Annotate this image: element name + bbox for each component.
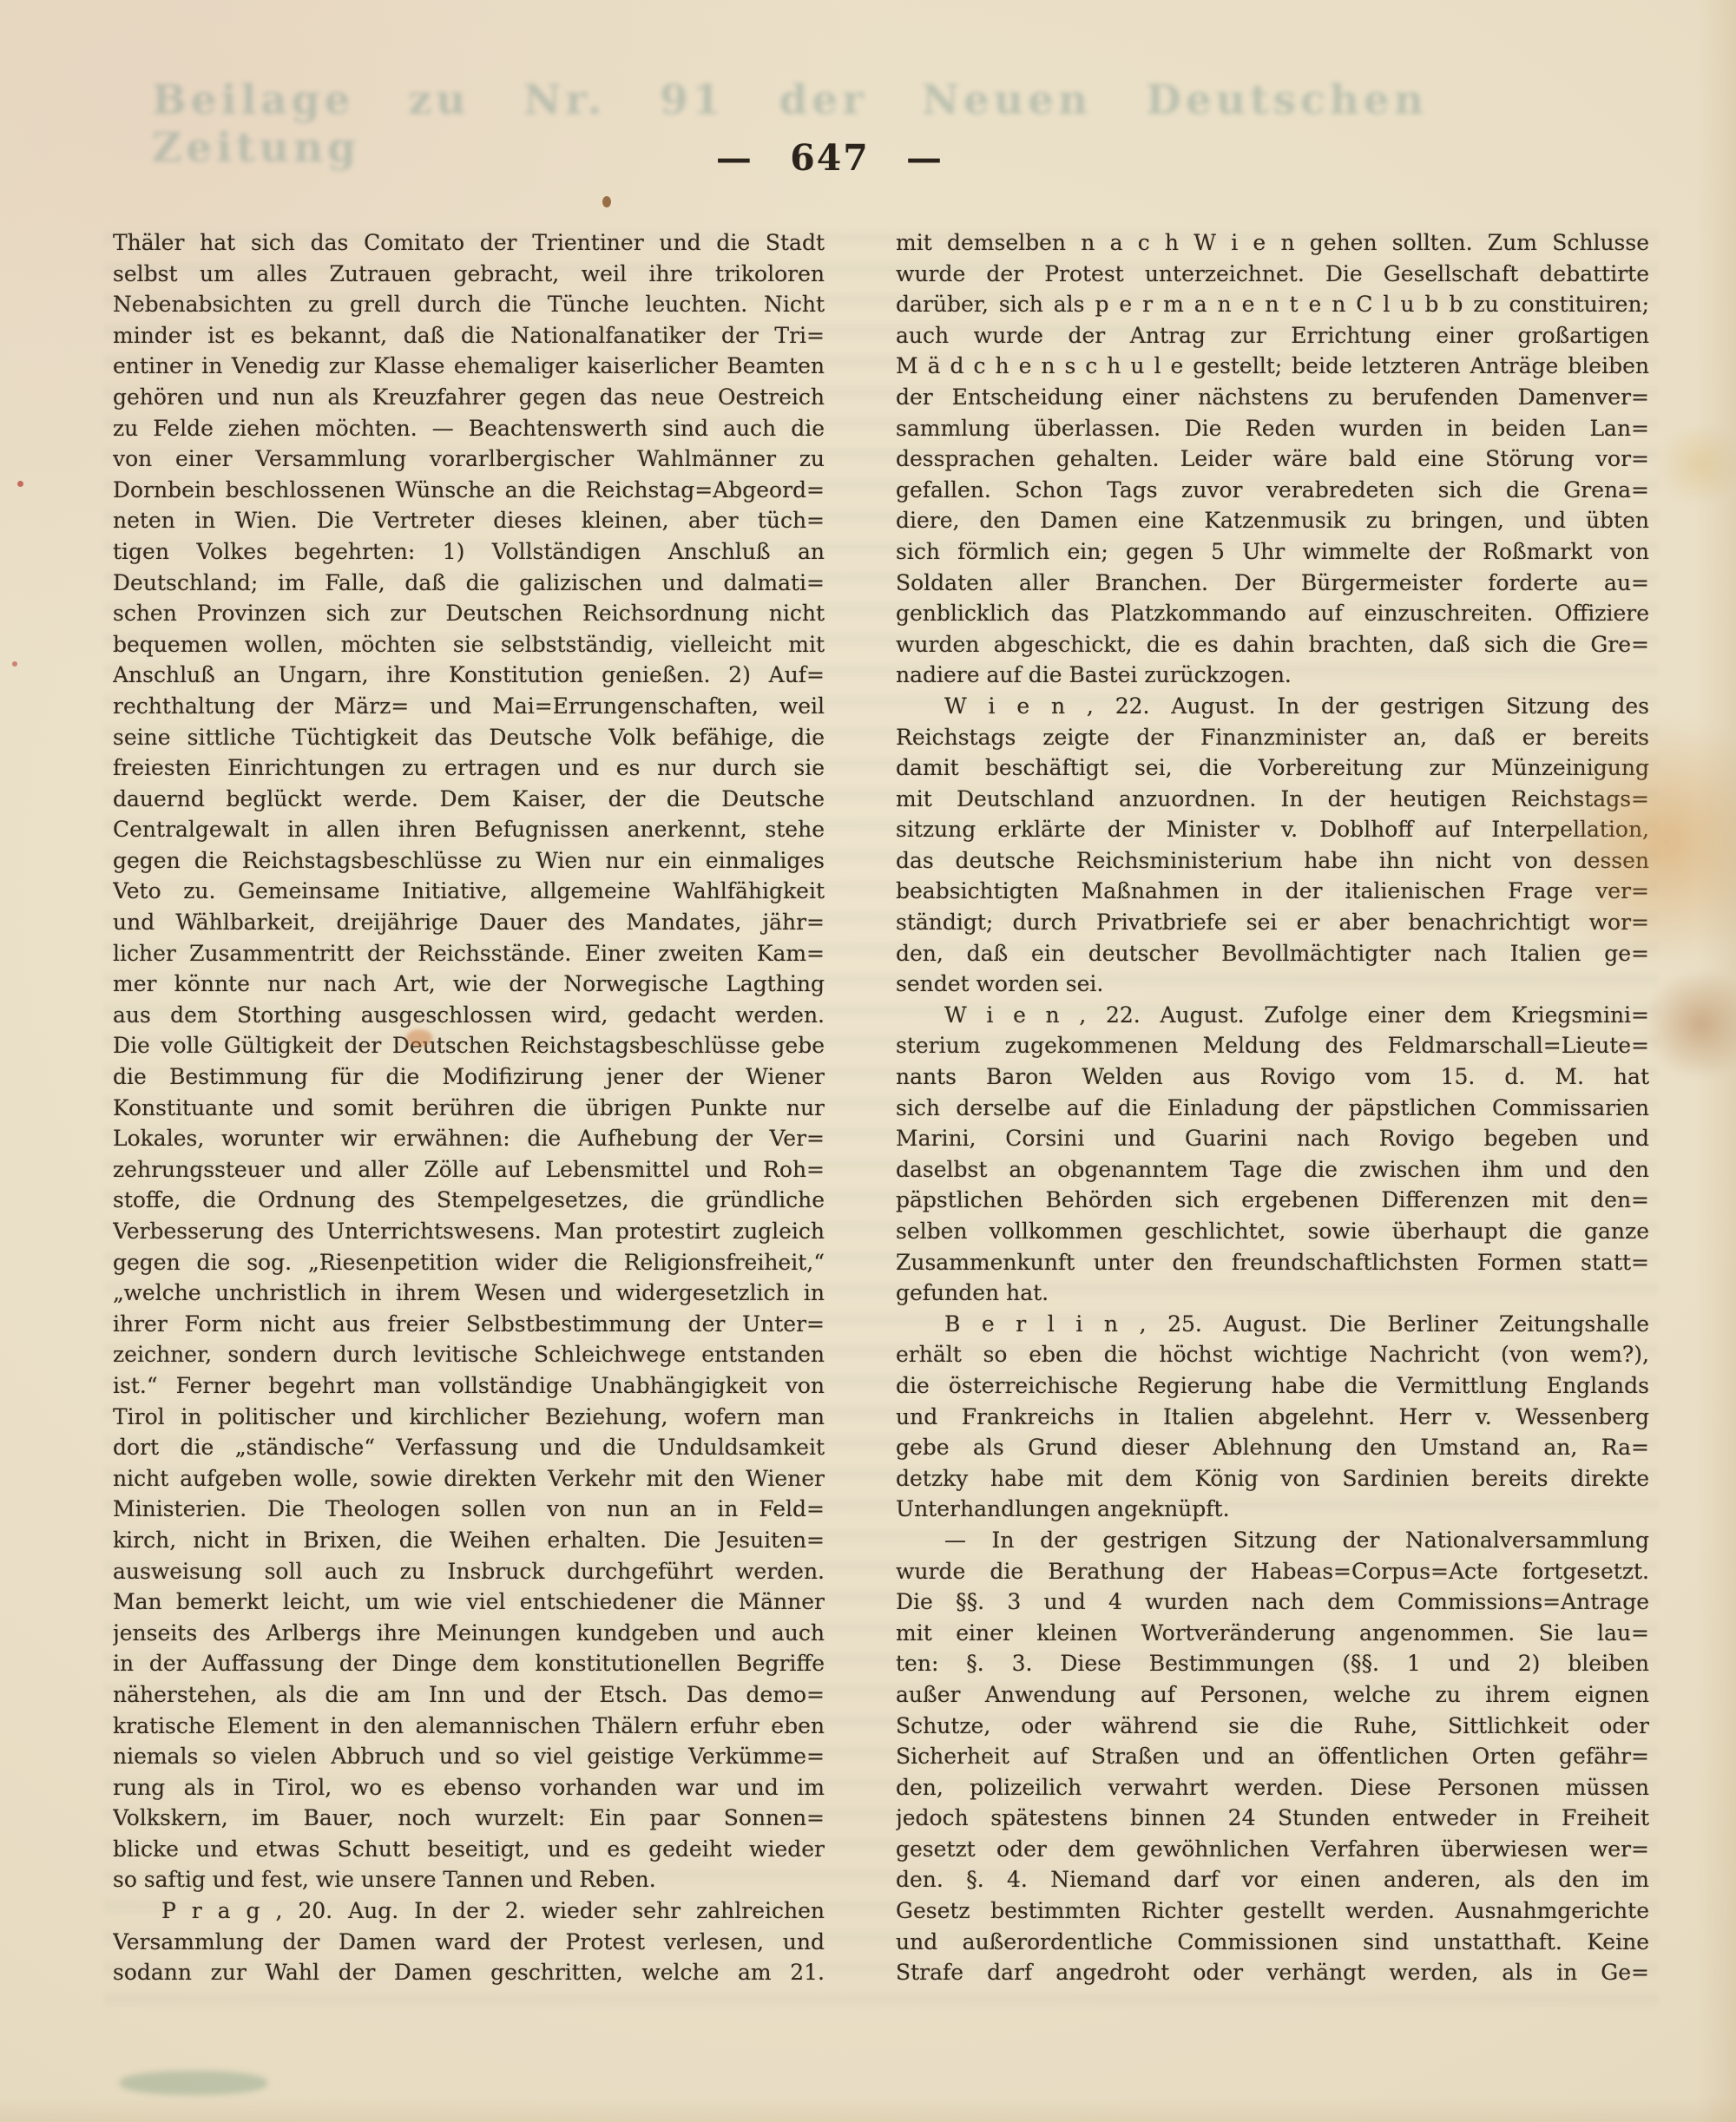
- text-line: freiesten Einrichtungen zu ertragen und …: [113, 752, 825, 784]
- text-line: wurden abgeschickt, die es dahin brachte…: [896, 629, 1649, 660]
- text-line: niemals so vielen Abbruch und so viel ge…: [113, 1741, 825, 1772]
- text-line: Ministerien. Die Theologen sollen von nu…: [113, 1494, 825, 1525]
- text-line: Sicherheit auf Straßen und an öffentlich…: [896, 1741, 1649, 1772]
- text-line: selben vollkommen geschlichtet, sowie üb…: [896, 1216, 1649, 1247]
- text-line: dauernd beglückt werde. Dem Kaiser, der …: [113, 784, 825, 815]
- text-line: Verbesserung des Unterrichtswesens. Man …: [113, 1216, 825, 1247]
- text-line: gesetzt oder dem gewöhnlichen Verfahren …: [896, 1834, 1649, 1865]
- text-line: Deutschland; im Falle, daß die galizisch…: [113, 568, 825, 599]
- text-line: in der Auffassung der Dinge dem konstitu…: [113, 1648, 825, 1679]
- text-line: schen Provinzen sich zur Deutschen Reich…: [113, 598, 825, 629]
- text-line: wurde der Protest unterzeichnet. Die Ges…: [896, 259, 1649, 290]
- text-line: auch wurde der Antrag zur Errichtung ein…: [896, 320, 1649, 351]
- text-line: ihrer Form nicht aus freier Selbstbestim…: [113, 1309, 825, 1340]
- text-line: die Bestimmung für die Modifizirung jene…: [113, 1061, 825, 1093]
- text-line: den, daß ein deutscher Bevollmächtigter …: [896, 938, 1649, 969]
- text-line: Anschluß an Ungarn, ihre Konstitution ge…: [113, 660, 825, 691]
- text-line: Marini, Corsini und Guarini nach Rovigo …: [896, 1123, 1649, 1154]
- text-line: Reichstags zeigte der Finanzminister an,…: [896, 722, 1649, 753]
- text-line: den. §. 4. Niemand darf vor einen andere…: [896, 1864, 1649, 1895]
- text-line: sich förmlich ein; gegen 5 Uhr wimmelte …: [896, 536, 1649, 568]
- text-line: den, polizeilich verwahrt werden. Diese …: [896, 1772, 1649, 1803]
- text-line: Tirol in politischer und kirchlicher Bez…: [113, 1402, 825, 1433]
- text-line: mit Deutschland anzuordnen. In der heuti…: [896, 784, 1649, 815]
- text-line: sammlung überlassen. Die Reden wurden in…: [896, 413, 1649, 444]
- text-line: damit beschäftigt sei, die Vorbereitung …: [896, 752, 1649, 784]
- text-line: P r a g , 20. Aug. In der 2. wieder sehr…: [113, 1895, 825, 1927]
- text-line: Zusammenkunft unter den freundschaftlich…: [896, 1247, 1649, 1278]
- page-edge-shadow: [1696, 0, 1736, 2122]
- text-line: Schutze, oder während sie die Ruhe, Sitt…: [896, 1711, 1649, 1742]
- text-line: aus dem Storthing ausgeschlossen wird, g…: [113, 1000, 825, 1031]
- margin-smudge: [120, 2071, 267, 2095]
- text-line: kirch, nicht in Brixen, die Weihen erhal…: [113, 1525, 825, 1556]
- text-line: Strafe darf angedroht oder verhängt werd…: [896, 1957, 1649, 1988]
- red-speck: [17, 481, 23, 487]
- text-line: W i e n , 22. August. Zufolge einer dem …: [896, 1000, 1649, 1031]
- text-line: stoffe, die Ordnung des Stempelgesetzes,…: [113, 1185, 825, 1216]
- text-line: beabsichtigten Maßnahmen in der italieni…: [896, 876, 1649, 907]
- text-line: bequemen wollen, möchten sie selbstständ…: [113, 629, 825, 660]
- text-line: von einer Versammlung vorarlbergischer W…: [113, 443, 825, 475]
- ink-speck: [602, 196, 611, 207]
- text-line: detzky habe mit dem König von Sardinien …: [896, 1463, 1649, 1495]
- text-line: so saftig und fest, wie unsere Tannen un…: [113, 1864, 825, 1895]
- text-line: mer könnte nur nach Art, wie der Norwegi…: [113, 969, 825, 1000]
- text-line: W i e n , 22. August. In der gestrigen S…: [896, 691, 1649, 722]
- text-line: und außerordentliche Commissionen sind u…: [896, 1927, 1649, 1958]
- text-line: neten in Wien. Die Vertreter dieses klei…: [113, 505, 825, 536]
- text-line: Unterhandlungen angeknüpft.: [896, 1494, 1649, 1525]
- text-line: sodann zur Wahl der Damen geschritten, w…: [113, 1957, 825, 1988]
- text-line: Lokales, worunter wir erwähnen: die Aufh…: [113, 1123, 825, 1154]
- text-line: Gesetz bestimmten Richter gestellt werde…: [896, 1895, 1649, 1927]
- text-line: Veto zu. Gemeinsame Initiative, allgemei…: [113, 876, 825, 907]
- text-line: sitzung erklärte der Minister v. Doblhof…: [896, 814, 1649, 845]
- text-line: darüber, sich als p e r m a n e n t e n …: [896, 289, 1649, 320]
- text-line: Die §§. 3 und 4 wurden nach dem Commissi…: [896, 1587, 1649, 1618]
- text-line: Man bemerkt leicht, um wie viel entschie…: [113, 1587, 825, 1618]
- text-line: Nebenabsichten zu grell durch die Tünche…: [113, 289, 825, 320]
- text-line: Soldaten aller Branchen. Der Bürgermeist…: [896, 568, 1649, 599]
- text-line: gefunden hat.: [896, 1278, 1649, 1309]
- text-line: die österreichische Regierung habe die V…: [896, 1370, 1649, 1402]
- text-line: wurde die Berathung der Habeas=Corpus=Ac…: [896, 1556, 1649, 1587]
- text-line: mit einer kleinen Wortveränderung angeno…: [896, 1618, 1649, 1649]
- text-line: sendet worden sei.: [896, 969, 1649, 1000]
- text-line: außer Anwendung auf Personen, welche zu …: [896, 1679, 1649, 1711]
- text-line: kratische Element in den alemannischen T…: [113, 1711, 825, 1742]
- text-line: rechthaltung der März= und Mai=Errungens…: [113, 691, 825, 722]
- text-line: Volkskern, im Bauer, noch wurzelt: Ein p…: [113, 1803, 825, 1834]
- text-line: Die volle Gültigkeit der Deutschen Reich…: [113, 1030, 825, 1061]
- text-line: zehrungssteuer und aller Zölle auf Leben…: [113, 1154, 825, 1186]
- text-line: ausweisung soll auch zu Insbruck durchge…: [113, 1556, 825, 1587]
- right-column: mit demselben n a c h W i e n gehen soll…: [896, 227, 1649, 1988]
- text-line: seine sittliche Tüchtigkeit das Deutsche…: [113, 722, 825, 753]
- text-line: Konstituante und somit berühren die übri…: [113, 1093, 825, 1124]
- text-line: blicke und etwas Schutt beseitigt, und e…: [113, 1834, 825, 1865]
- text-line: tigen Volkes begehrten: 1) Vollständigen…: [113, 536, 825, 568]
- text-line: gebe als Grund dieser Ablehnung den Umst…: [896, 1432, 1649, 1463]
- newspaper-page-scan: { "page_header": { "ghost_text": "Beilag…: [0, 0, 1736, 2122]
- text-line: Thäler hat sich das Comitato der Trienti…: [113, 227, 825, 259]
- text-smudge: [406, 1029, 432, 1047]
- text-line: gehören und nun als Kreuzfahrer gegen da…: [113, 382, 825, 413]
- stain-right-medium: [1641, 972, 1736, 1076]
- text-line: sich derselbe auf die Einladung der päps…: [896, 1093, 1649, 1124]
- text-line: und Frankreichs in Italien abgelehnt. He…: [896, 1402, 1649, 1433]
- text-line: jedoch spätestens binnen 24 Stunden entw…: [896, 1803, 1649, 1834]
- text-line: päpstlichen Behörden sich ergebenen Diff…: [896, 1185, 1649, 1216]
- text-line: B e r l i n , 25. August. Die Berliner Z…: [896, 1309, 1649, 1340]
- text-line: erhält so eben die höchst wichtige Nachr…: [896, 1339, 1649, 1370]
- text-line: zeichner, sondern durch levitische Schle…: [113, 1339, 825, 1370]
- text-line: jenseits des Arlbergs ihre Meinungen kun…: [113, 1618, 825, 1649]
- text-line: — In der gestrigen Sitzung der Nationalv…: [896, 1525, 1649, 1556]
- text-line: „welche unchristlich in ihrem Wesen und …: [113, 1278, 825, 1309]
- text-line: sterium zugekommenen Meldung des Feldmar…: [896, 1030, 1649, 1061]
- text-line: daselbst an obgenanntem Tage die zwische…: [896, 1154, 1649, 1186]
- text-line: entiner in Venedig zur Klasse ehemaliger…: [113, 351, 825, 382]
- text-line: und Wählbarkeit, dreijährige Dauer des M…: [113, 907, 825, 938]
- text-line: das deutsche Reichsministerium habe ihn …: [896, 845, 1649, 877]
- text-line: gegen die sog. „Riesenpetition wider die…: [113, 1247, 825, 1278]
- text-line: nicht aufgeben wolle, sowie direkten Ver…: [113, 1463, 825, 1495]
- text-line: ist.“ Ferner begehrt man vollständige Un…: [113, 1370, 825, 1402]
- text-line: dort die „ständische“ Verfassung und die…: [113, 1432, 825, 1463]
- page-number: — 647 —: [0, 137, 1660, 179]
- text-line: nants Baron Welden aus Rovigo vom 15. d.…: [896, 1061, 1649, 1093]
- text-line: näherstehen, als die am Inn und der Etsc…: [113, 1679, 825, 1711]
- text-line: Dornbein beschlossenen Wünsche an die Re…: [113, 475, 825, 506]
- text-line: M ä d c h e n s c h u l e gestellt; beid…: [896, 351, 1649, 382]
- text-line: licher Zusammentritt der Reichsstände. E…: [113, 938, 825, 969]
- text-line: ten: §. 3. Diese Bestimmungen (§§. 1 und…: [896, 1648, 1649, 1679]
- text-line: Versammlung der Damen ward der Protest v…: [113, 1927, 825, 1958]
- text-line: mit demselben n a c h W i e n gehen soll…: [896, 227, 1649, 259]
- text-line: selbst um alles Zutrauen gebracht, weil …: [113, 259, 825, 290]
- text-line: ständigt; durch Privatbriefe sei er aber…: [896, 907, 1649, 938]
- text-line: diere, den Damen eine Katzenmusik zu bri…: [896, 505, 1649, 536]
- stain-right-small: [1653, 427, 1736, 502]
- text-line: zu Felde ziehen möchten. — Beachtenswert…: [113, 413, 825, 444]
- left-column: Thäler hat sich das Comitato der Trienti…: [113, 227, 825, 1988]
- text-line: gefallen. Schon Tags zuvor verabredeten …: [896, 475, 1649, 506]
- text-line: dessprachen gehalten. Leider wäre bald e…: [896, 443, 1649, 475]
- text-line: Centralgewalt in allen ihren Befugnissen…: [113, 814, 825, 845]
- text-line: rung als in Tirol, wo es ebenso vorhande…: [113, 1772, 825, 1803]
- text-line: genblicklich das Platzkommando auf einzu…: [896, 598, 1649, 629]
- page-edge-shadow: [0, 2096, 1736, 2122]
- text-line: der Entscheidung einer nächstens zu beru…: [896, 382, 1649, 413]
- text-line: nadiere auf die Bastei zurückzogen.: [896, 660, 1649, 691]
- red-speck: [12, 661, 17, 667]
- text-line: minder ist es bekannt, daß die Nationalf…: [113, 320, 825, 351]
- text-line: gegen die Reichstagsbeschlüsse zu Wien n…: [113, 845, 825, 877]
